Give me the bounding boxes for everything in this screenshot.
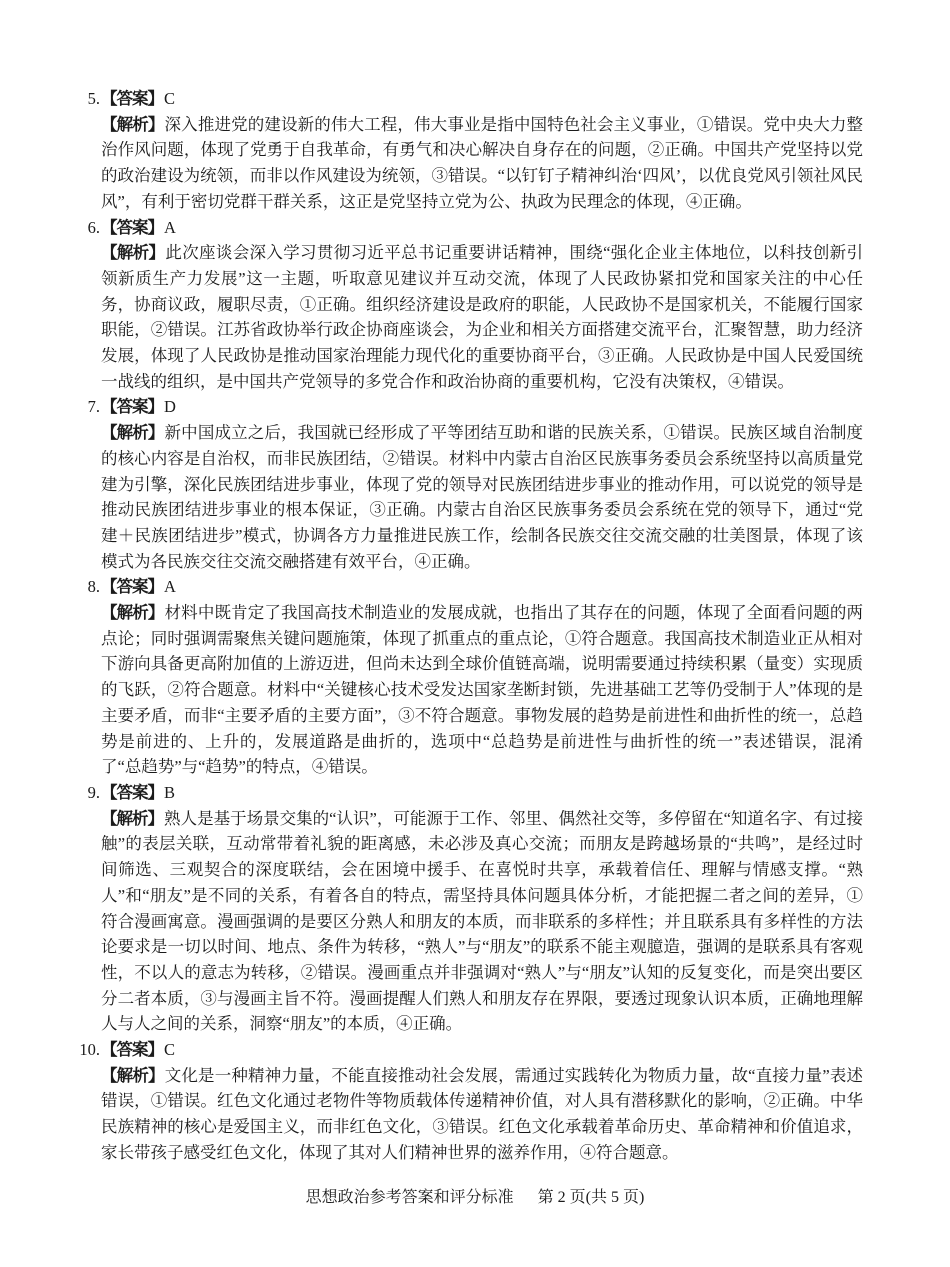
- answer-item-10: 10.【答案】C 【解析】文化是一种精神力量，不能直接推动社会发展，需通过实践转…: [101, 1037, 863, 1166]
- answer-label: 【答案】: [101, 783, 164, 802]
- answer-letter: C: [164, 89, 175, 108]
- analysis-label: 【解析】: [101, 115, 165, 134]
- analysis-text: 材料中既肯定了我国高技术制造业的发展成就，也指出了其存在的问题，体现了全面看问题…: [101, 603, 863, 776]
- footer-title: 思想政治参考答案和评分标准: [306, 1189, 514, 1206]
- analysis-text: 深入推进党的建设新的伟大工程，伟大事业是指中国特色社会主义事业，①错误。党中央大…: [101, 115, 863, 211]
- answer-letter: B: [164, 783, 175, 802]
- question-number: 6.: [88, 215, 101, 241]
- answer-item-8: 8.【答案】A 【解析】材料中既肯定了我国高技术制造业的发展成就，也指出了其存在…: [101, 574, 863, 780]
- analysis-label: 【解析】: [101, 1066, 165, 1085]
- answer-line: 9.【答案】B: [101, 780, 863, 806]
- analysis-paragraph: 【解析】文化是一种精神力量，不能直接推动社会发展，需通过实践转化为物质力量，故“…: [101, 1063, 863, 1166]
- analysis-text: 新中国成立之后，我国就已经形成了平等团结互助和谐的民族关系，①错误。民族区域自治…: [101, 423, 863, 571]
- page-footer: 思想政治参考答案和评分标准第 2 页(共 5 页): [0, 1184, 950, 1207]
- analysis-text: 此次座谈会深入学习贯彻习近平总书记重要讲话精神，围绕“强化企业主体地位，以科技创…: [101, 243, 863, 391]
- answer-label: 【答案】: [101, 397, 164, 416]
- answer-label: 【答案】: [101, 1040, 164, 1059]
- analysis-paragraph: 【解析】熟人是基于场景交集的“认识”，可能源于工作、邻里、偶然社交等，多停留在“…: [101, 806, 863, 1037]
- analysis-label: 【解析】: [101, 809, 164, 828]
- analysis-label: 【解析】: [101, 423, 165, 442]
- answer-label: 【答案】: [101, 89, 164, 108]
- answer-item-5: 5.【答案】C 【解析】深入推进党的建设新的伟大工程，伟大事业是指中国特色社会主…: [101, 86, 863, 215]
- question-number: 8.: [88, 574, 101, 600]
- analysis-text: 熟人是基于场景交集的“认识”，可能源于工作、邻里、偶然社交等，多停留在“知道名字…: [101, 809, 863, 1034]
- answer-label: 【答案】: [101, 577, 164, 596]
- answer-item-7: 7.【答案】D 【解析】新中国成立之后，我国就已经形成了平等团结互助和谐的民族关…: [101, 394, 863, 574]
- answer-line: 7.【答案】D: [101, 394, 863, 420]
- question-number: 9.: [88, 780, 101, 806]
- answer-letter: A: [164, 218, 176, 237]
- question-number: 10.: [79, 1037, 101, 1063]
- analysis-paragraph: 【解析】材料中既肯定了我国高技术制造业的发展成就，也指出了其存在的问题，体现了全…: [101, 600, 863, 780]
- analysis-label: 【解析】: [101, 603, 165, 622]
- answer-line: 8.【答案】A: [101, 574, 863, 600]
- question-number: 5.: [88, 86, 101, 112]
- analysis-paragraph: 【解析】新中国成立之后，我国就已经形成了平等团结互助和谐的民族关系，①错误。民族…: [101, 420, 863, 574]
- answer-letter: A: [164, 577, 176, 596]
- analysis-text: 文化是一种精神力量，不能直接推动社会发展，需通过实践转化为物质力量，故“直接力量…: [101, 1066, 863, 1162]
- answer-sheet-content: 5.【答案】C 【解析】深入推进党的建设新的伟大工程，伟大事业是指中国特色社会主…: [101, 86, 863, 1166]
- answer-item-9: 9.【答案】B 【解析】熟人是基于场景交集的“认识”，可能源于工作、邻里、偶然社…: [101, 780, 863, 1037]
- answer-label: 【答案】: [101, 218, 164, 237]
- answer-line: 10.【答案】C: [101, 1037, 863, 1063]
- analysis-paragraph: 【解析】深入推进党的建设新的伟大工程，伟大事业是指中国特色社会主义事业，①错误。…: [101, 112, 863, 215]
- answer-line: 6.【答案】A: [101, 215, 863, 241]
- footer-page-number: 第 2 页(共 5 页): [538, 1189, 645, 1206]
- question-number: 7.: [88, 394, 101, 420]
- answer-item-6: 6.【答案】A 【解析】此次座谈会深入学习贯彻习近平总书记重要讲话精神，围绕“强…: [101, 215, 863, 395]
- answer-letter: C: [164, 1040, 175, 1059]
- answer-letter: D: [164, 397, 176, 416]
- answer-line: 5.【答案】C: [101, 86, 863, 112]
- analysis-paragraph: 【解析】此次座谈会深入学习贯彻习近平总书记重要讲话精神，围绕“强化企业主体地位，…: [101, 240, 863, 394]
- analysis-label: 【解析】: [101, 243, 165, 262]
